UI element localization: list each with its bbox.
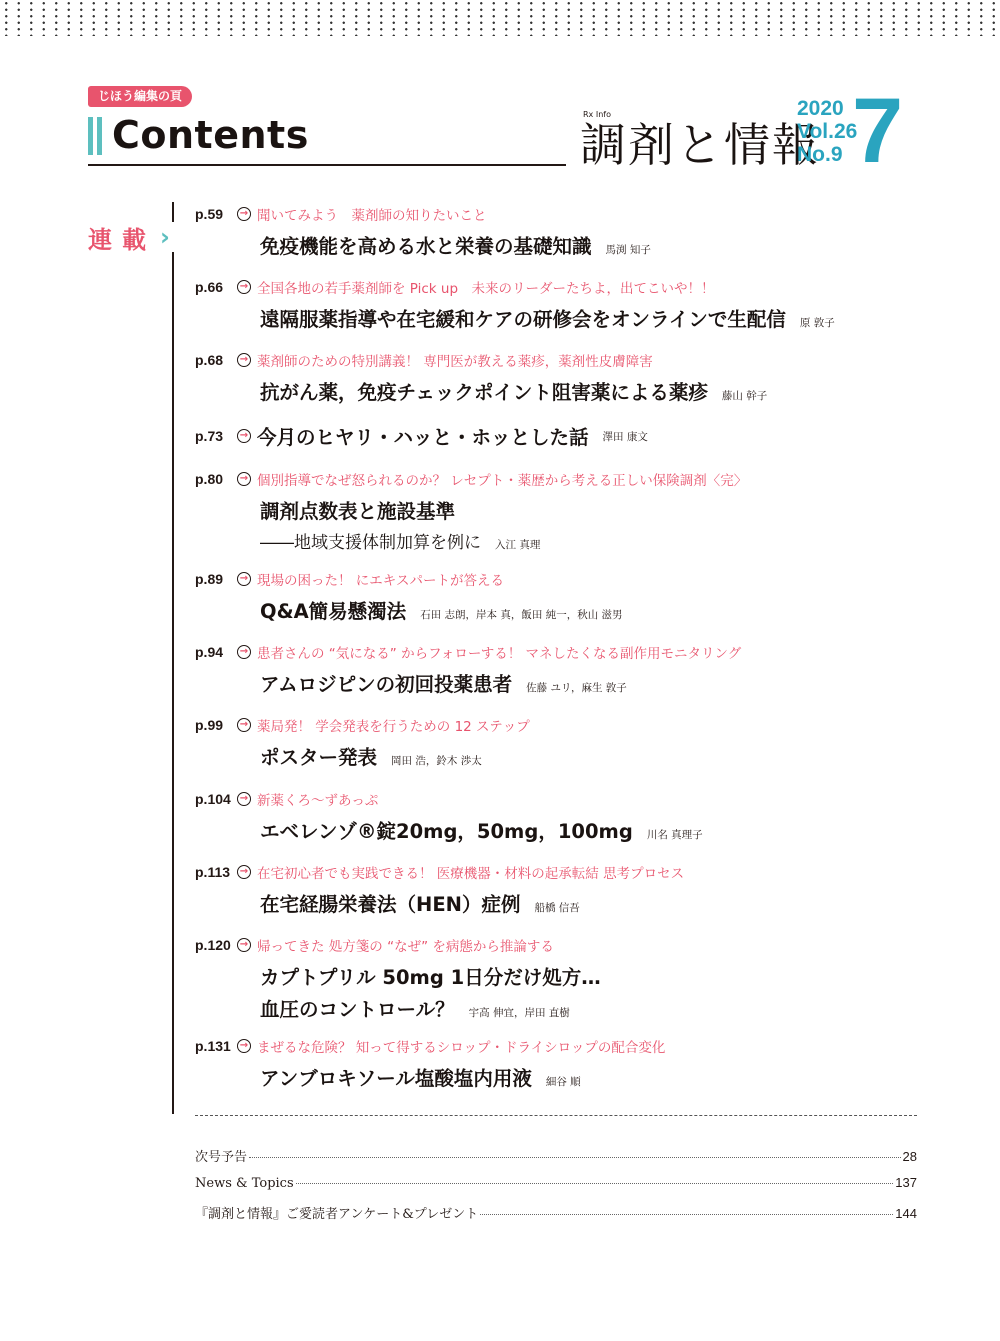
- dot-leader: [249, 1157, 901, 1158]
- article-title[interactable]: 調剤点数表と施設基準: [260, 496, 455, 524]
- article-title[interactable]: ポスター発表: [260, 742, 377, 770]
- arrow-circle-icon: →: [237, 718, 251, 732]
- arrow-circle-icon: →: [237, 429, 251, 443]
- misc-label: News & Topics: [195, 1176, 294, 1191]
- page-title: Contents: [112, 112, 309, 158]
- series-title: 帰ってきた 処方箋の “なぜ” を病態から推論する: [257, 935, 554, 955]
- issue-info: 2020 Vol.26 No.9: [797, 97, 857, 166]
- section-label: 連載: [88, 220, 156, 255]
- page-number: p.104: [195, 791, 237, 807]
- toc-entry[interactable]: p.99→薬局発！ 学会発表を行うための 12 ステップ ポスター発表岡田 浩，…: [195, 715, 530, 770]
- section-divider-top: [172, 202, 174, 222]
- page-number: p.94: [195, 644, 237, 660]
- editorial-badge: じほう編集の頁: [88, 86, 192, 107]
- issue-month: 7: [852, 86, 903, 176]
- page-number: p.66: [195, 279, 237, 295]
- toc-entry[interactable]: p.59→聞いてみよう 薬剤師の知りたいこと 免疫機能を高める水と栄養の基礎知識…: [195, 204, 651, 259]
- author: 澤田 康文: [603, 429, 648, 444]
- series-title: まぜるな危険？ 知って得するシロップ・ドライシロップの配合変化: [257, 1036, 665, 1056]
- author: 藤山 幹子: [722, 388, 767, 403]
- author: 石田 志朗，岸本 真，飯田 純一，秋山 滋男: [420, 607, 622, 622]
- misc-page: 28: [903, 1149, 917, 1164]
- article-title[interactable]: Q&A簡易懸濁法: [260, 596, 406, 624]
- arrow-circle-icon: →: [237, 865, 251, 879]
- article-title[interactable]: アンブロキソール塩酸塩内用液: [260, 1063, 532, 1091]
- toc-entry[interactable]: p.113→在宅初心者でも実践できる！ 医療機器・材料の起承転結 思考プロセス …: [195, 862, 684, 917]
- series-title: 新薬くろ～ずあっぷ: [257, 789, 378, 809]
- article-title[interactable]: アムロジピンの初回投薬患者: [260, 669, 512, 697]
- dot-leader: [480, 1214, 893, 1215]
- article-subtitle: ――地域支援体制加算を例に: [260, 528, 481, 553]
- author: 入江 真理: [495, 537, 540, 552]
- issue-number: No.9: [797, 143, 857, 166]
- series-title: 個別指導でなぜ怒られるのか？ レセプト・薬歴から考える正しい保険調剤〈完〉: [257, 469, 747, 489]
- toc-entry[interactable]: p.80→個別指導でなぜ怒られるのか？ レセプト・薬歴から考える正しい保険調剤〈…: [195, 469, 747, 553]
- toc-entry[interactable]: p.73→今月のヒヤリ・ハッと・ホッとした話澤田 康文: [195, 424, 648, 448]
- article-title[interactable]: 遠隔服薬指導や在宅緩和ケアの研修会をオンラインで生配信: [260, 304, 786, 332]
- article-title[interactable]: エベレンゾ®錠20mg，50mg，100mg: [260, 816, 633, 844]
- toc-entry[interactable]: p.120→帰ってきた 処方箋の “なぜ” を病態から推論する カプトプリル 5…: [195, 935, 601, 1022]
- author: 船橋 信吾: [534, 900, 579, 915]
- arrow-circle-icon: →: [237, 207, 251, 221]
- misc-item-survey[interactable]: 『調剤と情報』ご愛読者アンケート&プレゼント144: [195, 1203, 917, 1222]
- issue-volume: Vol.26: [797, 120, 857, 143]
- article-title[interactable]: 今月のヒヤリ・ハッと・ホッとした話: [257, 422, 589, 450]
- title-underline: [88, 164, 566, 166]
- article-title[interactable]: カプトプリル 50mg 1日分だけ処方…: [260, 962, 601, 990]
- misc-label: 『調剤と情報』ご愛読者アンケート&プレゼント: [195, 1203, 478, 1222]
- author: 細谷 順: [546, 1074, 581, 1089]
- article-title[interactable]: 免疫機能を高める水と栄養の基礎知識: [260, 231, 592, 259]
- page-number: p.68: [195, 352, 237, 368]
- author: 原 敦子: [800, 315, 835, 330]
- series-title: 薬局発！ 学会発表を行うための 12 ステップ: [257, 715, 530, 735]
- misc-page: 137: [895, 1175, 917, 1190]
- chevron-right-icon: ›: [160, 223, 170, 251]
- issue-year: 2020: [797, 97, 857, 120]
- misc-label: 次号予告: [195, 1146, 247, 1165]
- article-title[interactable]: 抗がん薬，免疫チェックポイント阻害薬による薬疹: [260, 377, 708, 405]
- magazine-logo: 調剤と情報: [580, 118, 820, 172]
- series-title: 全国各地の若手薬剤師を Pick up 未来のリーダーたちよ，出てこいや！！: [257, 277, 715, 297]
- arrow-circle-icon: →: [237, 353, 251, 367]
- dot-pattern-header: [0, 0, 1000, 36]
- toc-entry[interactable]: p.104→新薬くろ～ずあっぷ エベレンゾ®錠20mg，50mg，100mg川名…: [195, 789, 703, 844]
- arrow-circle-icon: →: [237, 572, 251, 586]
- misc-item-news-topics[interactable]: News & Topics137: [195, 1175, 917, 1191]
- series-title: 在宅初心者でも実践できる！ 医療機器・材料の起承転結 思考プロセス: [257, 862, 684, 882]
- series-title: 薬剤師のための特別講義！ 専門医が教える薬疹，薬剤性皮膚障害: [257, 350, 653, 370]
- author: 馬渕 知子: [606, 242, 651, 257]
- dashed-divider: [195, 1115, 917, 1116]
- toc-entry[interactable]: p.66→全国各地の若手薬剤師を Pick up 未来のリーダーたちよ，出てこい…: [195, 277, 835, 332]
- author: 佐藤 ユリ，麻生 敦子: [526, 680, 627, 695]
- page-number: p.131: [195, 1038, 237, 1054]
- toc-entry[interactable]: p.68→薬剤師のための特別講義！ 専門医が教える薬疹，薬剤性皮膚障害 抗がん薬…: [195, 350, 767, 405]
- arrow-circle-icon: →: [237, 792, 251, 806]
- section-divider: [172, 252, 174, 1114]
- misc-item-next-issue[interactable]: 次号予告28: [195, 1146, 917, 1165]
- page-number: p.120: [195, 937, 237, 953]
- page-number: p.80: [195, 471, 237, 487]
- author: 川名 真理子: [647, 827, 703, 842]
- page-number: p.89: [195, 571, 237, 587]
- page-number: p.99: [195, 717, 237, 733]
- misc-page: 144: [895, 1206, 917, 1221]
- article-title[interactable]: 在宅経腸栄養法（HEN）症例: [260, 889, 520, 917]
- page-number: p.73: [195, 428, 237, 444]
- arrow-circle-icon: →: [237, 280, 251, 294]
- author: 宇高 伸宜，岸田 直樹: [469, 1005, 570, 1020]
- toc-entry[interactable]: p.94→患者さんの “気になる” からフォローする！ マネしたくなる副作用モニ…: [195, 642, 741, 697]
- page-number: p.59: [195, 206, 237, 222]
- dot-leader: [296, 1183, 894, 1184]
- author: 岡田 浩，鈴木 渉太: [391, 753, 482, 768]
- double-bar-icon: [88, 117, 102, 155]
- arrow-circle-icon: →: [237, 1039, 251, 1053]
- series-title: 聞いてみよう 薬剤師の知りたいこと: [257, 204, 487, 224]
- arrow-circle-icon: →: [237, 938, 251, 952]
- article-title-line2[interactable]: 血圧のコントロール？: [260, 994, 455, 1022]
- toc-entry[interactable]: p.131→まぜるな危険？ 知って得するシロップ・ドライシロップの配合変化 アン…: [195, 1036, 665, 1091]
- arrow-circle-icon: →: [237, 645, 251, 659]
- page-number: p.113: [195, 864, 237, 880]
- toc-entry[interactable]: p.89→現場の困った！ にエキスパートが答える Q&A簡易懸濁法石田 志朗，岸…: [195, 569, 623, 624]
- arrow-circle-icon: →: [237, 472, 251, 486]
- series-title: 現場の困った！ にエキスパートが答える: [257, 569, 504, 589]
- series-title: 患者さんの “気になる” からフォローする！ マネしたくなる副作用モニタリング: [257, 642, 741, 662]
